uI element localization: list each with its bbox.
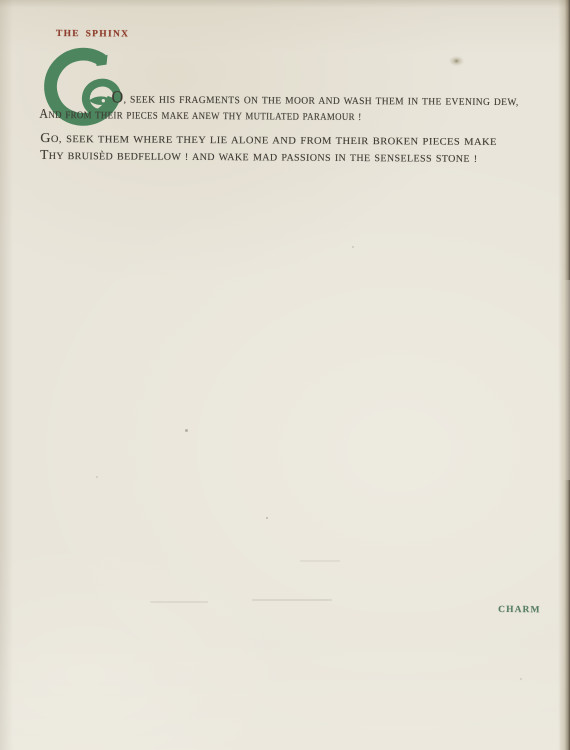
faint-fleuron-mark (449, 56, 464, 66)
page-bottom-light (0, 630, 560, 750)
poem-line-lead-cap: A (39, 106, 48, 121)
show-through-smudge (300, 560, 340, 562)
paper-speck (96, 476, 98, 478)
show-through-smudge (150, 601, 208, 603)
page-edge-top-shadow (0, 0, 570, 8)
poem-line: GO, SEEK THEM WHERE THEY LIE ALONE AND F… (40, 130, 497, 149)
poem-line: THY BRUISÈD BEDFELLOW ! AND WAKE MAD PAS… (40, 147, 477, 166)
poem-line-text: O, SEEK THEM WHERE THEY LIE ALONE AND FR… (51, 134, 497, 148)
poem-line-text: ND FROM THEIR PIECES MAKE ANEW THY MUTIL… (48, 110, 361, 123)
poem-line-lead-cap: G (40, 130, 51, 145)
poem-line-lead-cap: T (40, 147, 49, 162)
poem-line-lead-cap: O (111, 87, 123, 106)
serpent-eye-dot (102, 99, 105, 102)
paper-speck (185, 429, 188, 432)
poem-line-text: HY BRUISÈD BEDFELLOW ! AND WAKE MAD PASS… (49, 151, 478, 165)
paper-speck (352, 246, 354, 248)
book-page: THE SPHINX O, SEEK HIS FRAGMENTS ON THE … (0, 0, 570, 750)
page-edge-gutter-fade (562, 280, 570, 480)
catchword: CHARM (498, 605, 541, 615)
running-title: THE SPHINX (56, 29, 129, 39)
poem-line: AND FROM THEIR PIECES MAKE ANEW THY MUTI… (39, 106, 361, 124)
paper-speck (266, 517, 268, 519)
show-through-smudge (252, 599, 332, 601)
